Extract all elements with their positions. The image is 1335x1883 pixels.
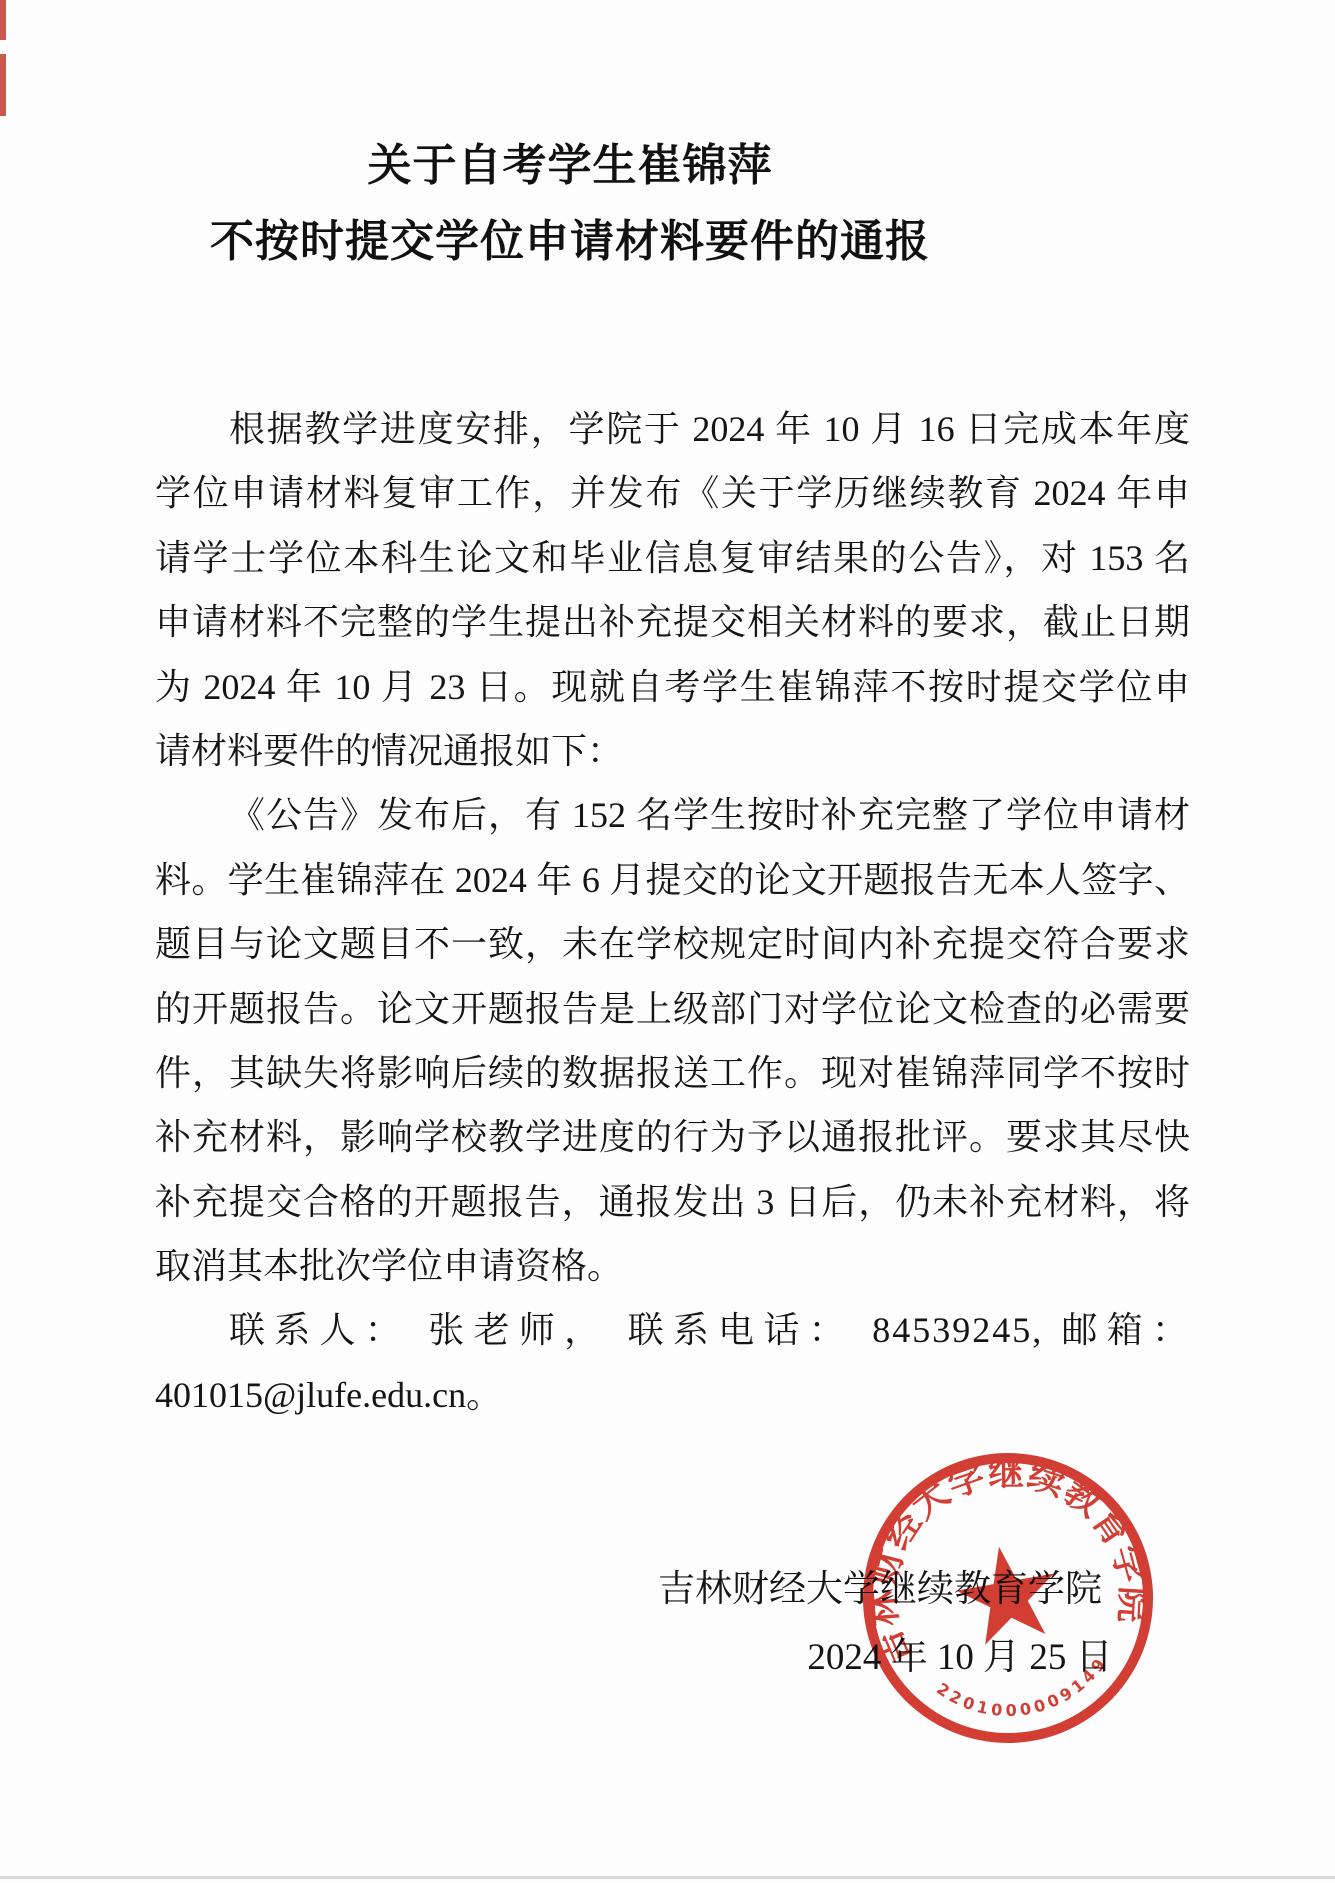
issuer-signature: 吉林财经大学继续教育学院 bbox=[600, 1558, 1160, 1612]
issue-date: 2024 年 10 月 25 日 bbox=[700, 1626, 1220, 1680]
body-line: 《公告》发布后，有 152 名学生按时补充完整了学位申请材 bbox=[155, 783, 1190, 847]
body-line: 为 2024 年 10 月 23 日。现就自考学生崔锦萍不按时提交学位申 bbox=[155, 655, 1190, 719]
notice-page: 关于自考学生崔锦萍 不按时提交学位申请材料要件的通报 根据教学进度安排，学院于 … bbox=[0, 0, 1335, 1883]
body-line: 题目与论文题目不一致，未在学校规定时间内补充提交符合要求 bbox=[155, 912, 1190, 976]
body-line: 学位申请材料复审工作，并发布《关于学历继续教育 2024 年申 bbox=[155, 461, 1190, 525]
body-line: 补充材料，影响学校教学进度的行为予以通报批评。要求其尽快 bbox=[155, 1105, 1190, 1169]
scan-artifact bbox=[0, 0, 6, 40]
title-line-1: 关于自考学生崔锦萍 bbox=[0, 128, 1140, 204]
scan-edge-line bbox=[0, 1876, 1335, 1879]
notice-body: 根据教学进度安排，学院于 2024 年 10 月 16 日完成本年度 学位申请材… bbox=[155, 397, 1190, 1427]
body-line: 申请材料不完整的学生提出补充提交相关材料的要求，截止日期 bbox=[155, 590, 1190, 654]
contact-email-line: 401015@jlufe.edu.cn。 bbox=[155, 1363, 1190, 1427]
body-line: 的开题报告。论文开题报告是上级部门对学位论文检查的必需要 bbox=[155, 977, 1190, 1041]
title-line-2: 不按时提交学位申请材料要件的通报 bbox=[0, 204, 1140, 280]
body-line: 取消其本批次学位申请资格。 bbox=[155, 1234, 1190, 1298]
contact-line: 联系人： 张老师， 联系电话： 84539245, 邮箱： bbox=[155, 1298, 1190, 1362]
page-title: 关于自考学生崔锦萍 不按时提交学位申请材料要件的通报 bbox=[0, 128, 1140, 280]
body-line: 请学士学位本科生论文和毕业信息复审结果的公告》，对 153 名 bbox=[155, 526, 1190, 590]
body-line: 请材料要件的情况通报如下： bbox=[155, 719, 1190, 783]
body-line: 件，其缺失将影响后续的数据报送工作。现对崔锦萍同学不按时 bbox=[155, 1041, 1190, 1105]
body-line: 料。学生崔锦萍在 2024 年 6 月提交的论文开题报告无本人签字、 bbox=[155, 848, 1190, 912]
body-line: 根据教学进度安排，学院于 2024 年 10 月 16 日完成本年度 bbox=[155, 397, 1190, 461]
body-line: 补充提交合格的开题报告，通报发出 3 日后，仍未补充材料，将 bbox=[155, 1170, 1190, 1234]
scan-artifact bbox=[0, 54, 6, 116]
